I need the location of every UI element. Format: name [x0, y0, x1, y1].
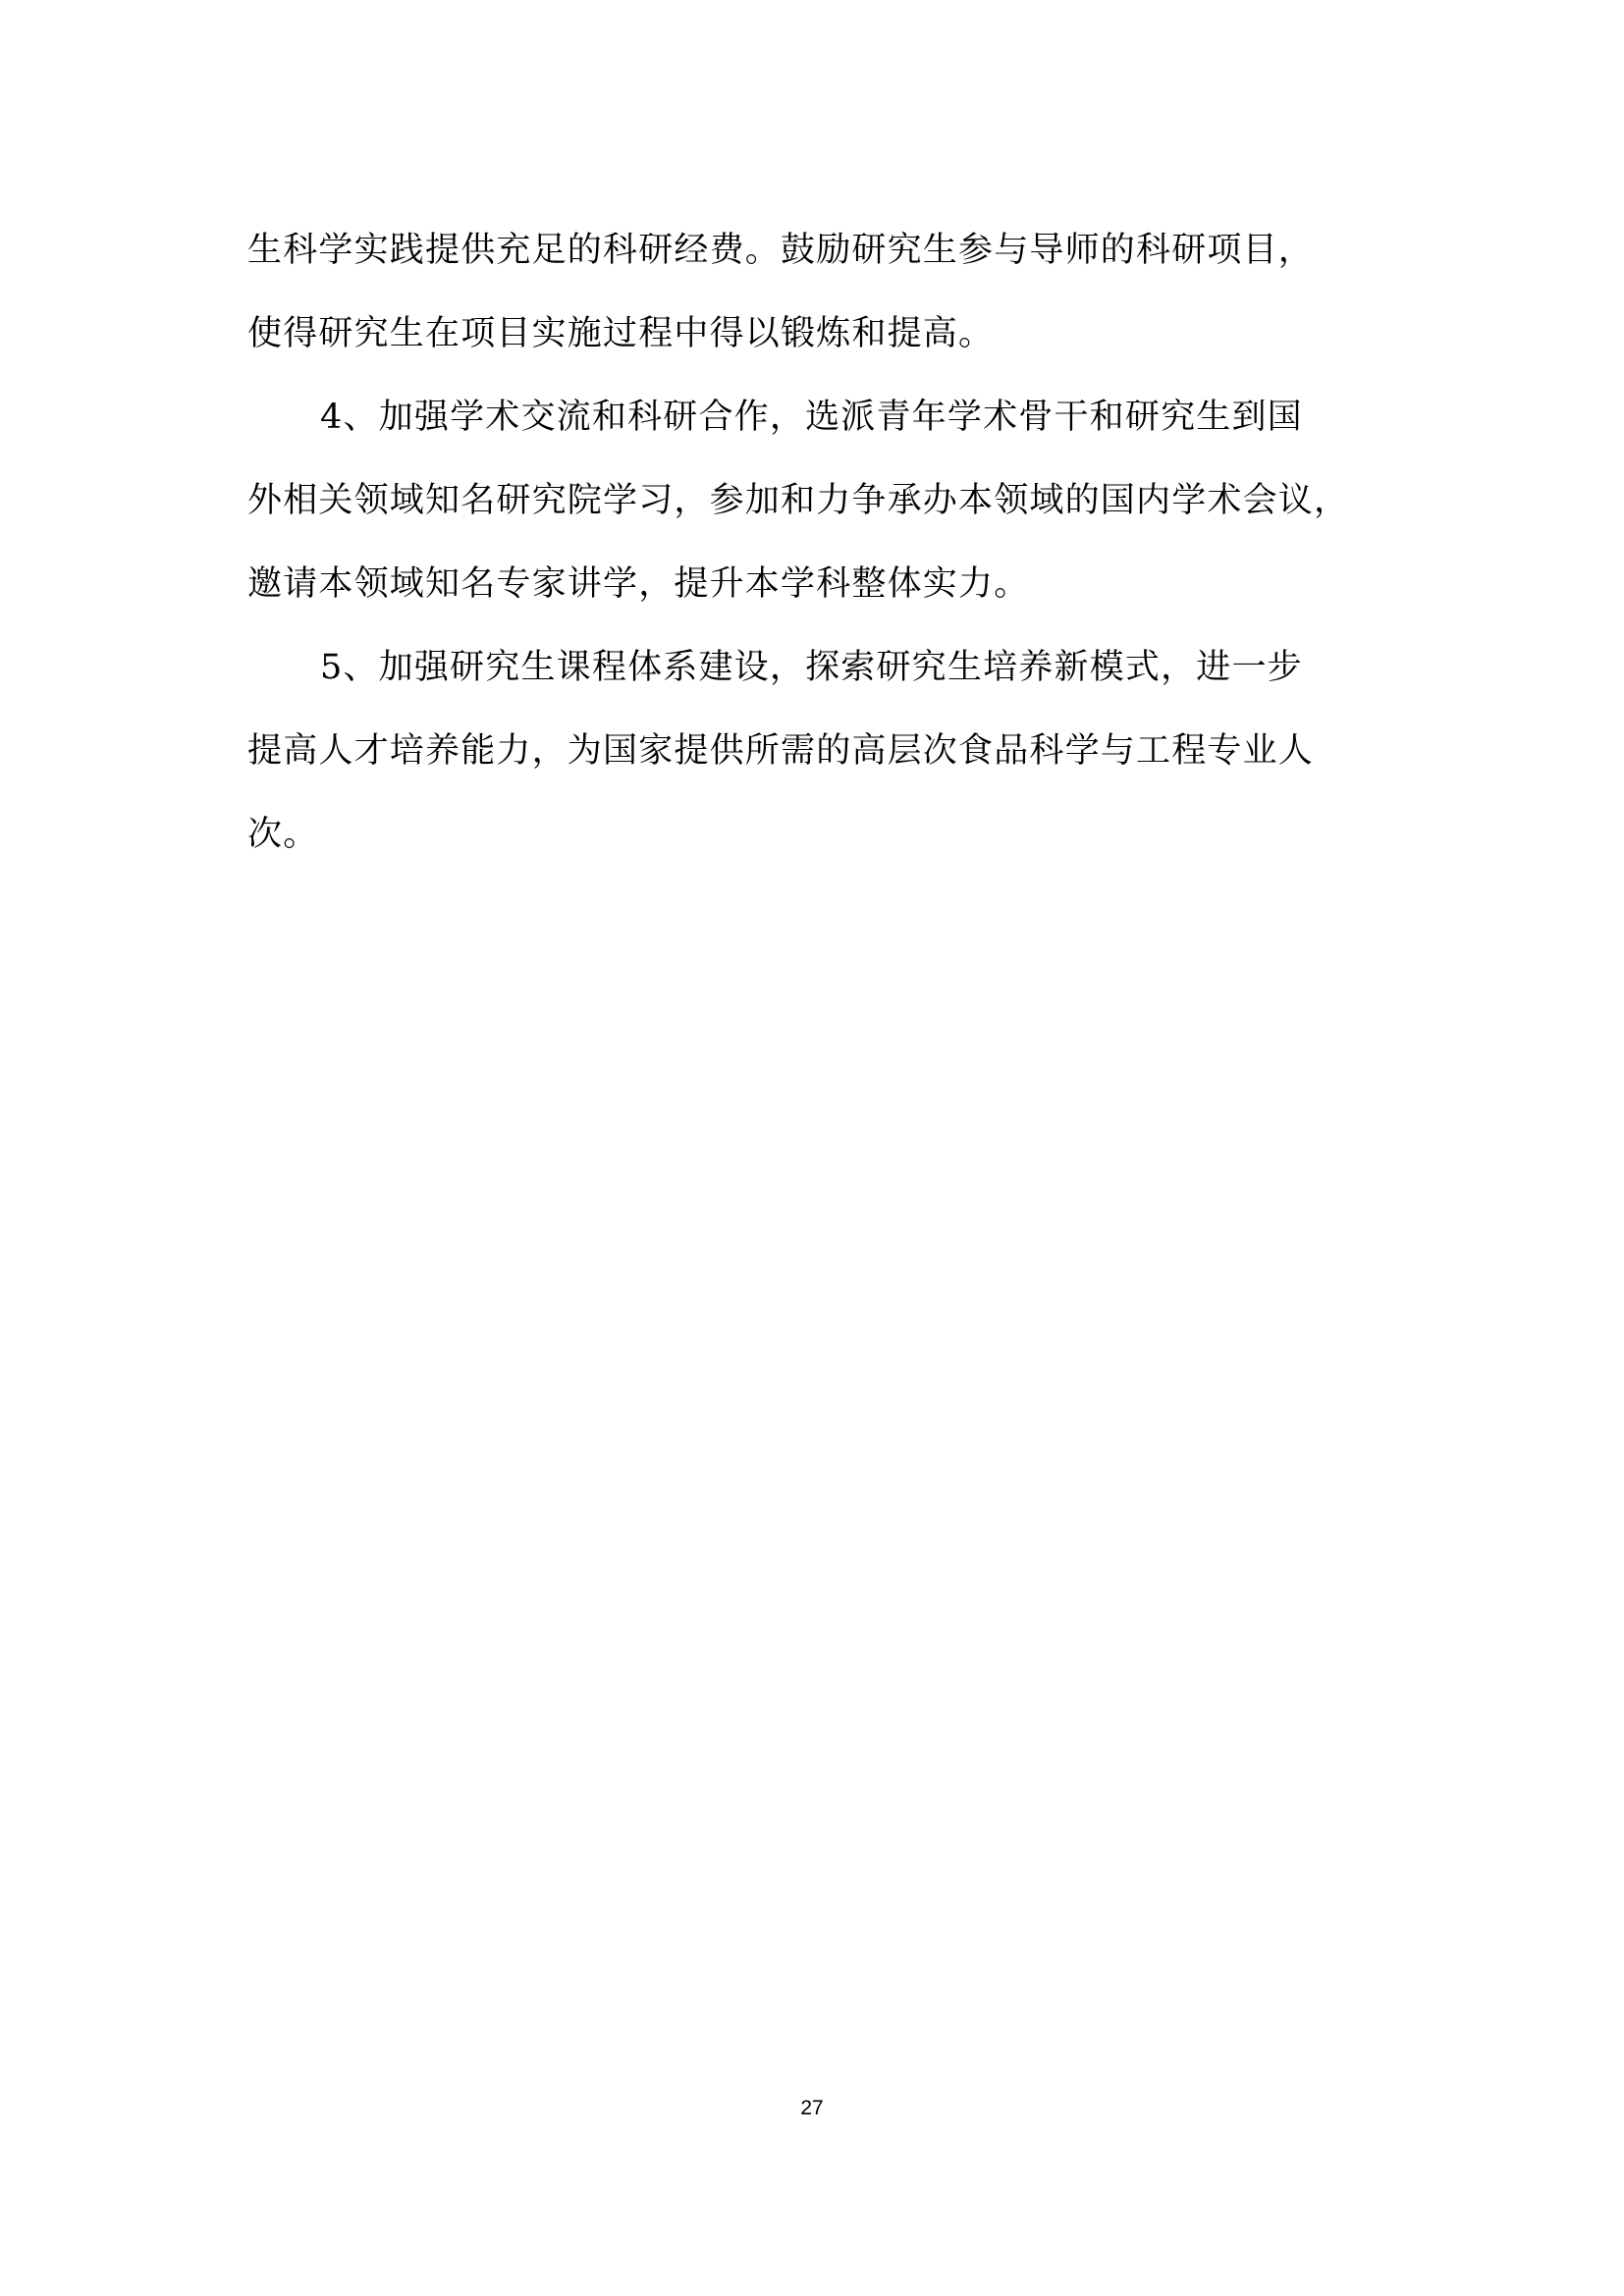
- text-line: 生科学实践提供充足的科研经费。鼓励研究生参与导师的科研项目，: [247, 209, 1391, 293]
- text-line: 邀请本领域知名专家讲学，提升本学科整体实力。: [247, 543, 1391, 626]
- text-line: 5、加强研究生课程体系建设，探索研究生培养新模式，进一步: [247, 626, 1391, 710]
- page-number: 27: [0, 2097, 1624, 2120]
- text-line: 次。: [247, 793, 1391, 877]
- document-page: 生科学实践提供充足的科研经费。鼓励研究生参与导师的科研项目， 使得研究生在项目实…: [0, 0, 1624, 2296]
- paragraph-item-4-academic-exchange: 4、加强学术交流和科研合作，选派青年学术骨干和研究生到国 外相关领域知名研究院学…: [247, 376, 1391, 626]
- paragraph-research-funding: 生科学实践提供充足的科研经费。鼓励研究生参与导师的科研项目， 使得研究生在项目实…: [247, 209, 1391, 376]
- document-body: 生科学实践提供充足的科研经费。鼓励研究生参与导师的科研项目， 使得研究生在项目实…: [247, 209, 1391, 877]
- text-line: 4、加强学术交流和科研合作，选派青年学术骨干和研究生到国: [247, 376, 1391, 459]
- text-line: 提高人才培养能力，为国家提供所需的高层次食品科学与工程专业人: [247, 710, 1391, 793]
- text-line: 外相关领域知名研究院学习，参加和力争承办本领域的国内学术会议，: [247, 459, 1391, 543]
- paragraph-item-5-curriculum: 5、加强研究生课程体系建设，探索研究生培养新模式，进一步 提高人才培养能力，为国…: [247, 626, 1391, 877]
- text-line: 使得研究生在项目实施过程中得以锻炼和提高。: [247, 293, 1391, 376]
